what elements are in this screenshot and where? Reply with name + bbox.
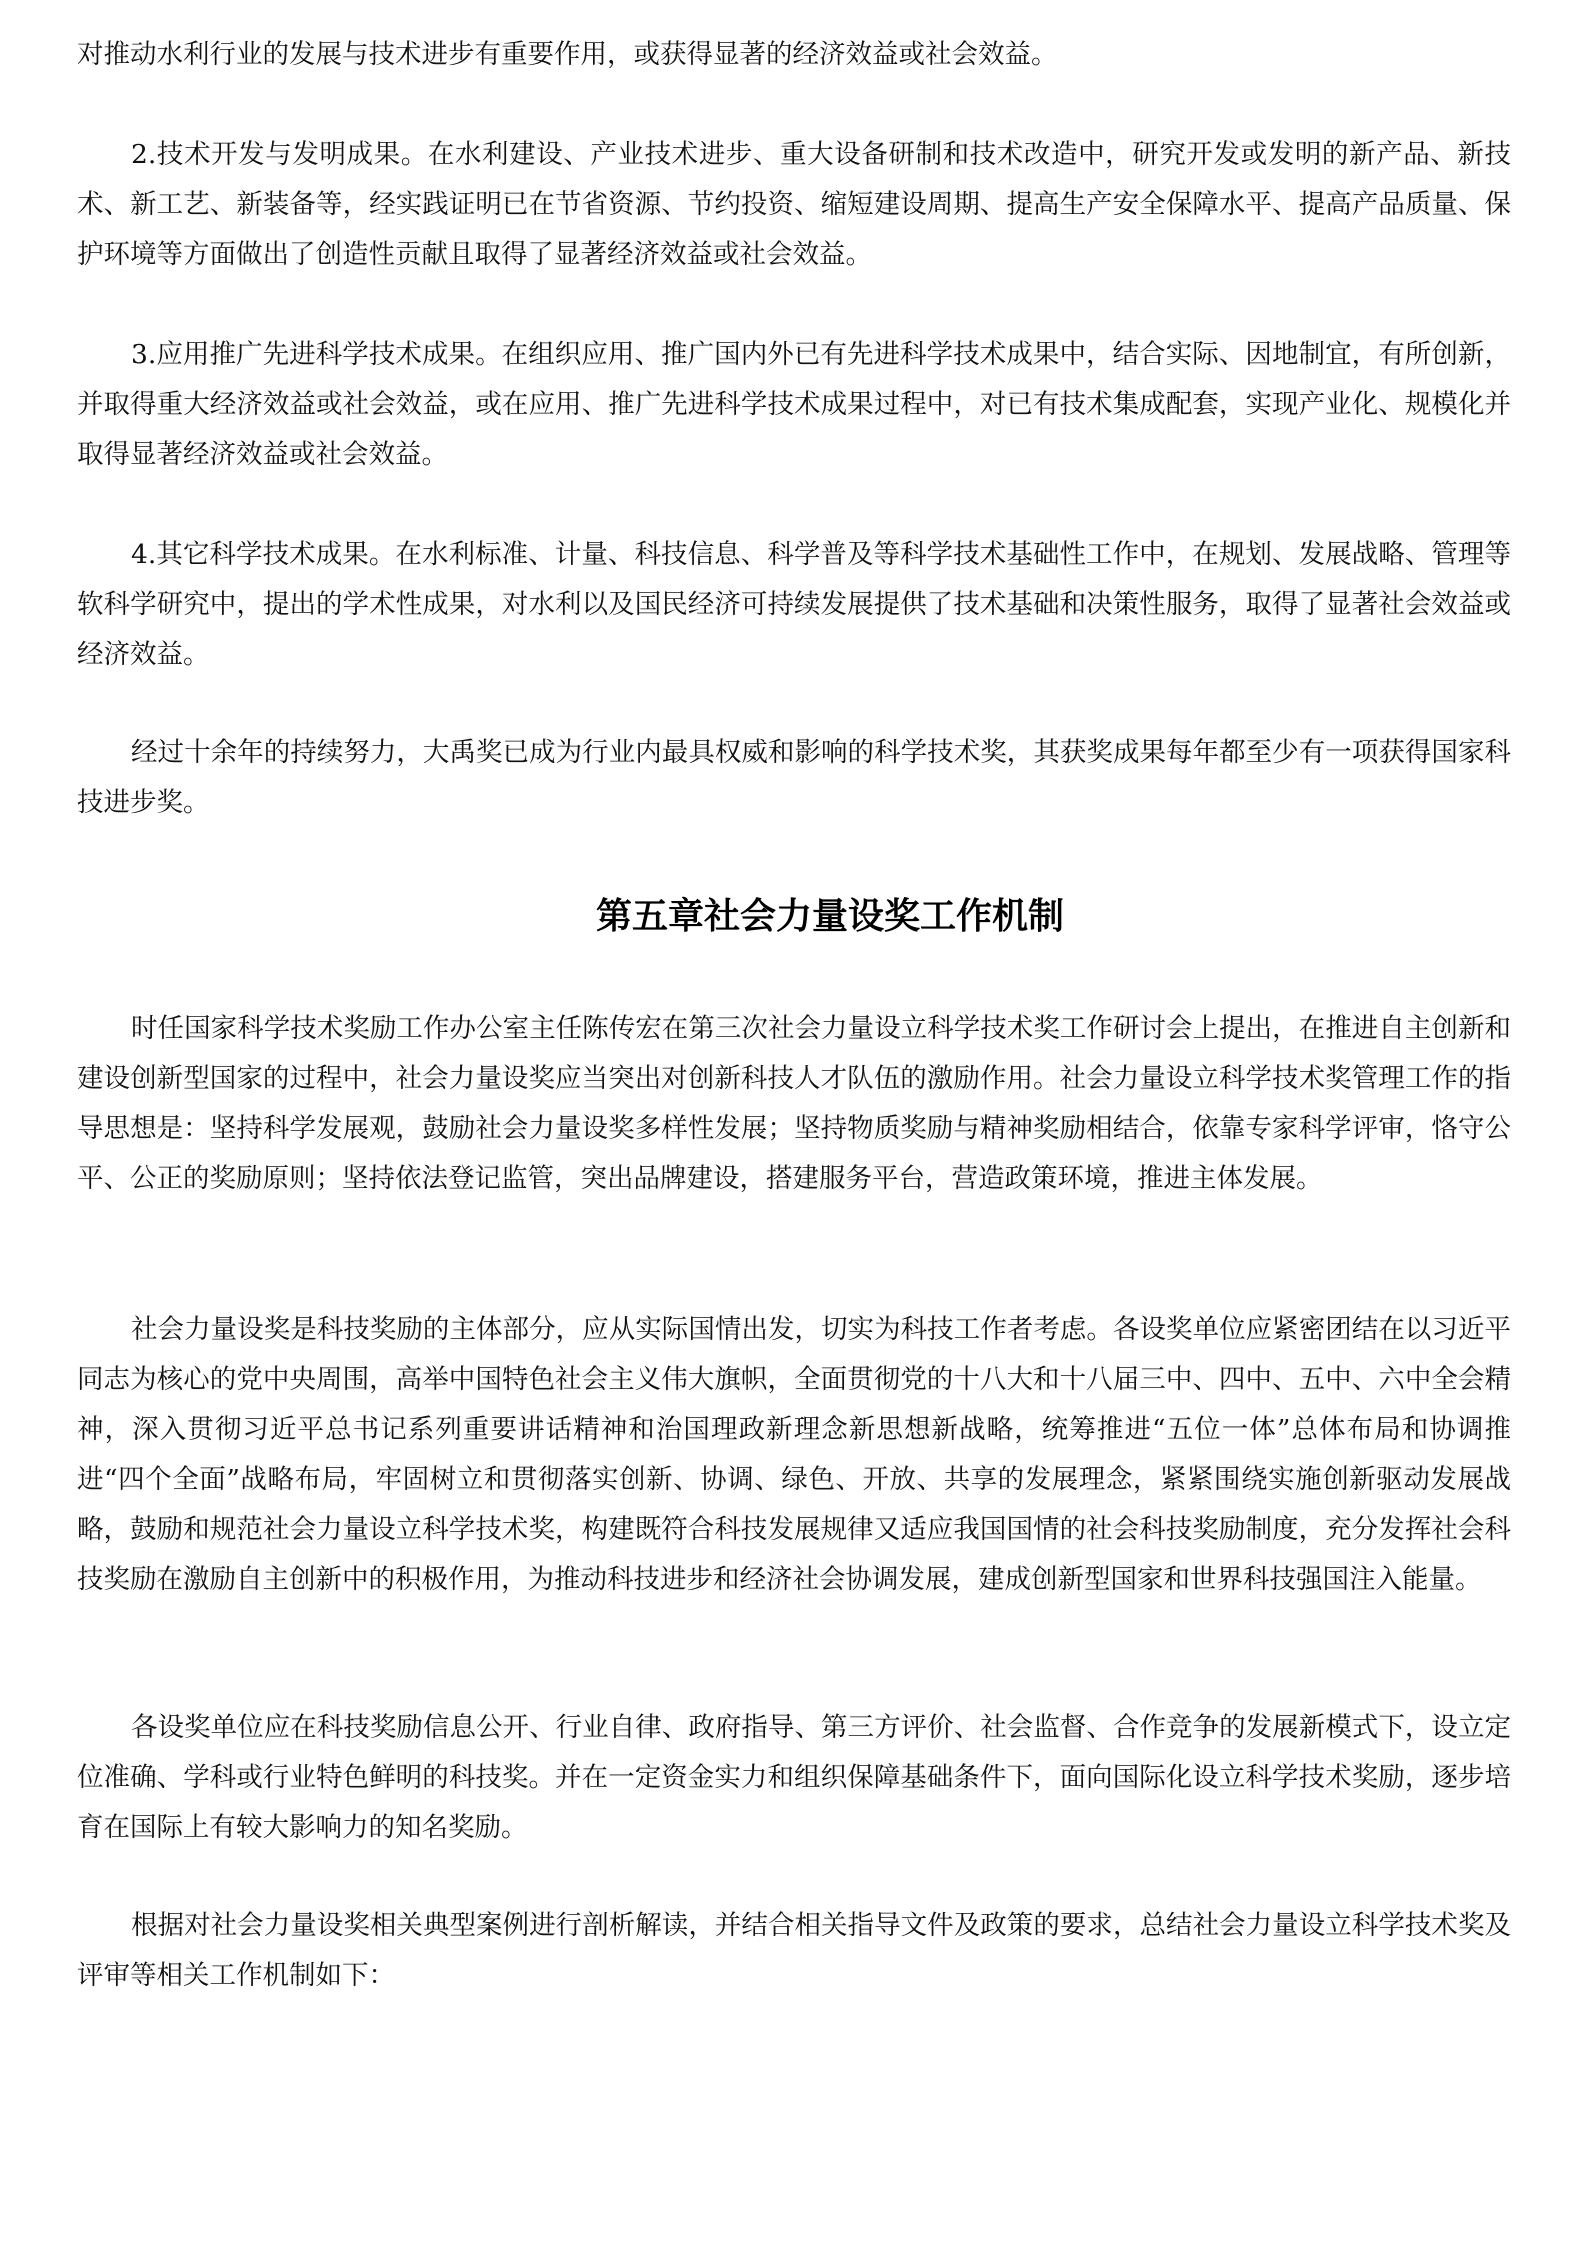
paragraph-social-awards-main: 社会力量设奖是科技奖励的主体部分，应从实际国情出发，切实为科技工作者考虑。各设奖… (77, 1305, 1511, 1605)
paragraph-other-achievements: 4.其它科学技术成果。在水利标准、计量、科技信息、科学普及等科学技术基础性工作中… (77, 530, 1511, 680)
paragraph-mechanism-summary: 根据对社会力量设奖相关典型案例进行剖析解读，并结合相关指导文件及政策的要求，总结… (77, 1901, 1511, 2001)
paragraph-dayu-award: 经过十余年的持续努力，大禹奖已成为行业内最具权威和影响的科学技术奖，其获奖成果每… (77, 728, 1511, 828)
paragraph-application-promotion: 3.应用推广先进科学技术成果。在组织应用、推广国内外已有先进科学技术成果中，结合… (77, 330, 1511, 480)
paragraph-continuation: 对推动水利行业的发展与技术进步有重要作用，或获得显著的经济效益或社会效益。 (77, 30, 1511, 80)
paragraph-guiding-ideology: 时任国家科学技术奖励工作办公室主任陈传宏在第三次社会力量设立科学技术奖工作研讨会… (77, 1004, 1511, 1204)
paragraph-tech-development: 2.技术开发与发明成果。在水利建设、产业技术进步、重大设备研制和技术改造中，研究… (77, 130, 1511, 280)
chapter-heading: 第五章社会力量设奖工作机制 (77, 892, 1511, 942)
paragraph-award-units: 各设奖单位应在科技奖励信息公开、行业自律、政府指导、第三方评价、社会监督、合作竞… (77, 1703, 1511, 1853)
